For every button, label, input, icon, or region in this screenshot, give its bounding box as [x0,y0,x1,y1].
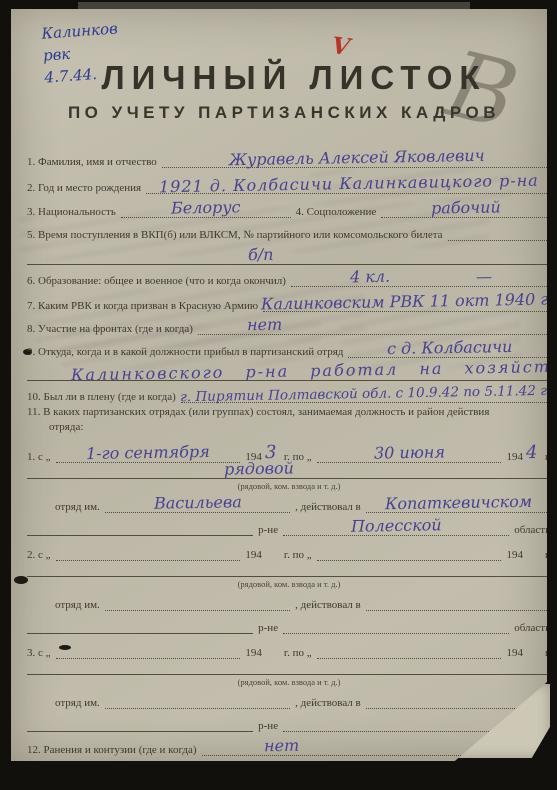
entry-1-role-line: рядовой [27,463,551,479]
entry-1-year-to-hw: 4 [526,444,538,462]
field-10-label: 10. Был ли в плену (где и когда) [27,391,176,403]
field-12-label: 12. Ранения и контузии (где и когда) [27,744,197,756]
entry-2-rne-label: р-не [258,622,278,634]
entry-2-oblast-label: области [514,622,551,634]
field-12-value: нет [264,738,299,755]
entry-2-role-line [27,561,551,577]
field-11-label-continuation: отряда: [27,420,551,435]
field-1-value: Журавель Алексей Яковлевич [228,148,484,168]
field-3-4-row: 3. Национальность Белорус 4. Соцположени… [27,194,551,218]
service-entry-1-role-row: рядовой (рядовой, ком. взвода и т. д.) [27,463,551,489]
entry-1-year-to-slot: 4 [528,444,540,463]
service-entry-3-dates-row: 3. с „ 194 г. по „ 194 г. [27,634,551,659]
entry-1-rne-value: Полесской [351,517,442,535]
field-6-line: 4 кл. — [291,269,551,287]
field-11-label: 11. В каких партизанских отрядах (или гр… [27,405,551,420]
field-6-row: 6. Образование: общее и военное (что и к… [27,265,551,287]
entry-2-year-to: 194 [506,549,523,561]
entry-3-deystvoval-label: , действовал в [295,697,361,709]
service-entry-1-region-row: р-не Полесской области [27,513,551,536]
entry-3-g-label: г. [545,647,551,659]
entry-3-po-label: г. по „ [284,647,312,659]
field-10-row: 10. Был ли в плену (где и когда) г. Пиря… [27,381,551,403]
entry-1-number: 1. с „ [27,451,51,463]
field-8-label: 8. Участие на фронтах (где и когда) [27,323,193,335]
entry-1-from-line: 1-го сентября [56,445,241,463]
document-page: Калинков рвк 4.7.44. V В ЛИЧНЫЙ ЛИСТОК П… [11,9,547,761]
entry-3-number: 3. с „ [27,647,51,659]
entry-1-g-label: г. [545,451,551,463]
entry-1-year-to: 194 [506,451,523,463]
field-7-value: Калинковским РВК 11 окт 1940 г. [261,291,554,312]
entry-1-rne-line: Полесской [283,518,509,536]
field-5-continuation-row: б/п [27,241,551,265]
entry-2-year-from: 194 [245,549,262,561]
field-9-line2: Калинковского р-на работал на хозяйстве [27,363,551,381]
page-title: ЛИЧНЫЙ ЛИСТОК [41,59,547,97]
field-5-line2: б/п [27,247,551,265]
entry-2-deystvoval-label: , действовал в [295,599,361,611]
entry-1-otryad-line: Васильева [105,495,290,513]
field-2-line: 1921 д. Колбасичи Калинкавицкого р-на [146,176,551,194]
field-4-line: рабочий [381,200,551,218]
entry-3-year-from-slot [267,641,279,659]
entry-3-year-from: 194 [245,647,262,659]
field-6-value: 4 кл. [350,269,390,286]
field-9-line: с д. Колбасичи [348,340,551,358]
field-8-value: нет [247,317,282,334]
field-9-label: 9. Откуда, когда и в какой должности при… [27,346,343,358]
field-1-line: Журавель Алексей Яковлевич [162,150,551,168]
red-checkmark: V [330,32,351,61]
field-3-line: Белорус [121,200,291,218]
entry-1-rne-label: р-не [258,524,278,536]
field-11-label-block: 11. В каких партизанских отрядах (или гр… [27,403,551,437]
field-4-label: 4. Соцположение [296,206,377,218]
field-10-value: г. Пирятин Полтавской обл. с 10.9.42 по … [180,384,552,404]
entry-1-area-line: Копаткевичском [366,495,551,513]
field-3-value: Белорус [171,199,241,216]
field-1-row: 1. Фамилия, имя и отчество Журавель Алек… [27,141,551,168]
field-9-value: с д. Колбасичи [387,339,513,357]
service-entry-2-role-row: (рядовой, ком. взвода и т. д.) [27,561,551,587]
field-2-label: 2. Год и место рождения [27,182,141,194]
service-entry-3-role-row: (рядовой, ком. взвода и т. д.) [27,659,551,685]
field-9-continuation-row: Калинковского р-на работал на хозяйстве [27,358,551,381]
entry-2-g-label: г. [545,549,551,561]
entry-1-oblast-label: области [514,524,551,536]
entry-2-year-to-slot [528,543,540,561]
entry-1-otryad-label: отряд им. [55,501,100,513]
field-6-label: 6. Образование: общее и военное (что и к… [27,275,286,287]
service-entry-1-unit-row: отряд им. Васильева , действовал в Копат… [27,489,551,513]
field-5-value: б/п [248,247,274,263]
entry-2-number: 2. с „ [27,549,51,561]
service-entry-3-region-row: р-не области [27,709,551,732]
entry-1-otryad-value: Васильева [153,494,241,512]
field-1-label: 1. Фамилия, имя и отчество [27,156,157,168]
form-body: 1. Фамилия, имя и отчество Журавель Алек… [27,141,551,756]
field-9-row: 9. Откуда, когда и в какой должности при… [27,335,551,358]
field-6-dash: — [475,269,491,285]
entry-3-otryad-label: отряд им. [55,697,100,709]
page-subtitle: ПО УЧЕТУ ПАРТИЗАНСКИХ КАДРОВ [21,103,547,123]
field-8-row: 8. Участие на фронтах (где и когда) нет [27,312,551,335]
field-2-value: 1921 д. Колбасичи Калинкавицкого р-на [159,173,539,196]
entry-1-area-value: Копаткевичском [385,494,532,513]
entry-1-role-value: рядовой [224,460,294,477]
entry-3-year-to-slot [528,641,540,659]
ink-speck [14,576,28,584]
field-3-label: 3. Национальность [27,206,116,218]
field-4-value: рабочий [431,199,501,216]
field-8-line: нет [198,317,551,335]
field-7-label: 7. Каким РВК и когда призван в Красную А… [27,300,258,312]
entry-2-year-from-slot [267,543,279,561]
field-2-row: 2. Год и место рождения 1921 д. Колбасич… [27,168,551,194]
entry-1-to-value: 30 июня [373,444,444,461]
field-5-row: 5. Время поступления в ВКП(б) или ВЛКСМ,… [27,218,551,241]
entry-2-po-label: г. по „ [284,549,312,561]
service-entry-3-unit-row: отряд им. , действовал в [27,685,551,709]
field-9-value2: Калинковского р-на работал на хозяйстве [71,359,557,384]
field-10-line: г. Пирятин Полтавской обл. с 10.9.42 по … [181,388,551,404]
entry-2-otryad-label: отряд им. [55,599,100,611]
service-entry-2-region-row: р-не области [27,611,551,634]
field-7-row: 7. Каким РВК и когда призван в Красную А… [27,287,551,312]
field-7-line: Калинковским РВК 11 окт 1940 г. [263,294,551,312]
service-entry-2-dates-row: 2. с „ 194 г. по „ 194 г. [27,536,551,561]
field-5-label: 5. Время поступления в ВКП(б) или ВЛКСМ,… [27,229,443,241]
entry-1-to-line: 30 июня [317,445,502,463]
entry-3-year-to: 194 [506,647,523,659]
service-entry-2-unit-row: отряд им. , действовал в [27,587,551,611]
entry-1-deystvoval-label: , действовал в [295,501,361,513]
entry-3-rne-label: р-не [258,720,278,732]
entry-3-role-line [27,659,551,675]
entry-1-from-value: 1-го сентября [86,444,210,462]
